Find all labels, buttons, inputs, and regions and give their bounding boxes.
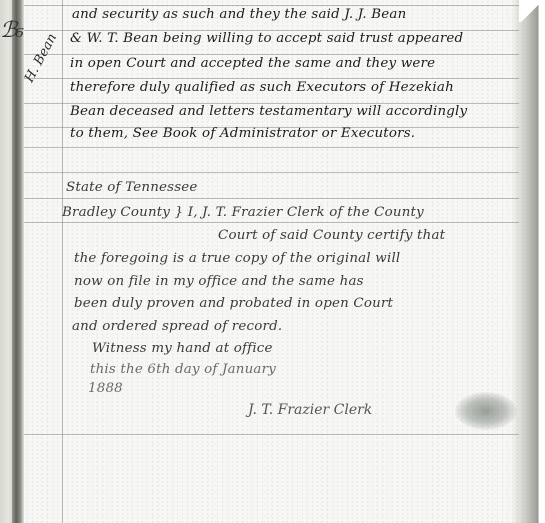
ink-smudge — [455, 392, 517, 430]
ruled-line — [24, 78, 519, 79]
certificate-line-1: Court of said County certify that — [218, 228, 445, 243]
entry-line-3: in open Court and accepted the same and … — [70, 56, 435, 71]
page-corner-fold — [519, 0, 545, 22]
ruled-line — [24, 222, 519, 223]
entry-line-2: & W. T. Bean being willing to accept sai… — [70, 31, 463, 46]
clerk-signature: J. T. Frazier Clerk — [248, 402, 372, 418]
margin-rule — [62, 0, 63, 523]
ruled-line — [24, 147, 519, 148]
margin-note: H. Bean — [22, 31, 60, 85]
ruled-line — [24, 5, 519, 6]
certificate-line-4: been duly proven and probated in open Co… — [74, 296, 393, 311]
ruled-line — [24, 54, 519, 55]
certificate-date-line: this the 6th day of January — [90, 362, 276, 377]
margin-flourish: ℬ₆ — [0, 18, 22, 43]
certificate-line-3: now on file in my office and the same ha… — [74, 274, 364, 289]
ruled-line — [24, 198, 519, 199]
entry-line-1: and security as such and they the said J… — [72, 7, 406, 22]
ruled-line — [24, 172, 519, 173]
right-page-edge-shadow — [511, 0, 545, 523]
entry-line-6: to them, See Book of Administrator or Ex… — [70, 126, 415, 141]
certificate-state-heading: State of Tennessee — [66, 180, 198, 195]
ruled-line — [24, 434, 519, 435]
entry-line-5: Bean deceased and letters testamentary w… — [70, 104, 467, 119]
document-page: ℬ₆ H. Bean and security as such and they… — [0, 0, 545, 523]
certificate-county-line: Bradley County } I, J. T. Frazier Clerk … — [62, 205, 424, 220]
certificate-year: 1888 — [88, 381, 123, 396]
certificate-line-5: and ordered spread of record. — [72, 319, 282, 334]
entry-line-4: therefore duly qualified as such Executo… — [70, 80, 454, 95]
certificate-line-6: Witness my hand at office — [92, 341, 273, 356]
certificate-line-2: the foregoing is a true copy of the orig… — [74, 251, 400, 266]
